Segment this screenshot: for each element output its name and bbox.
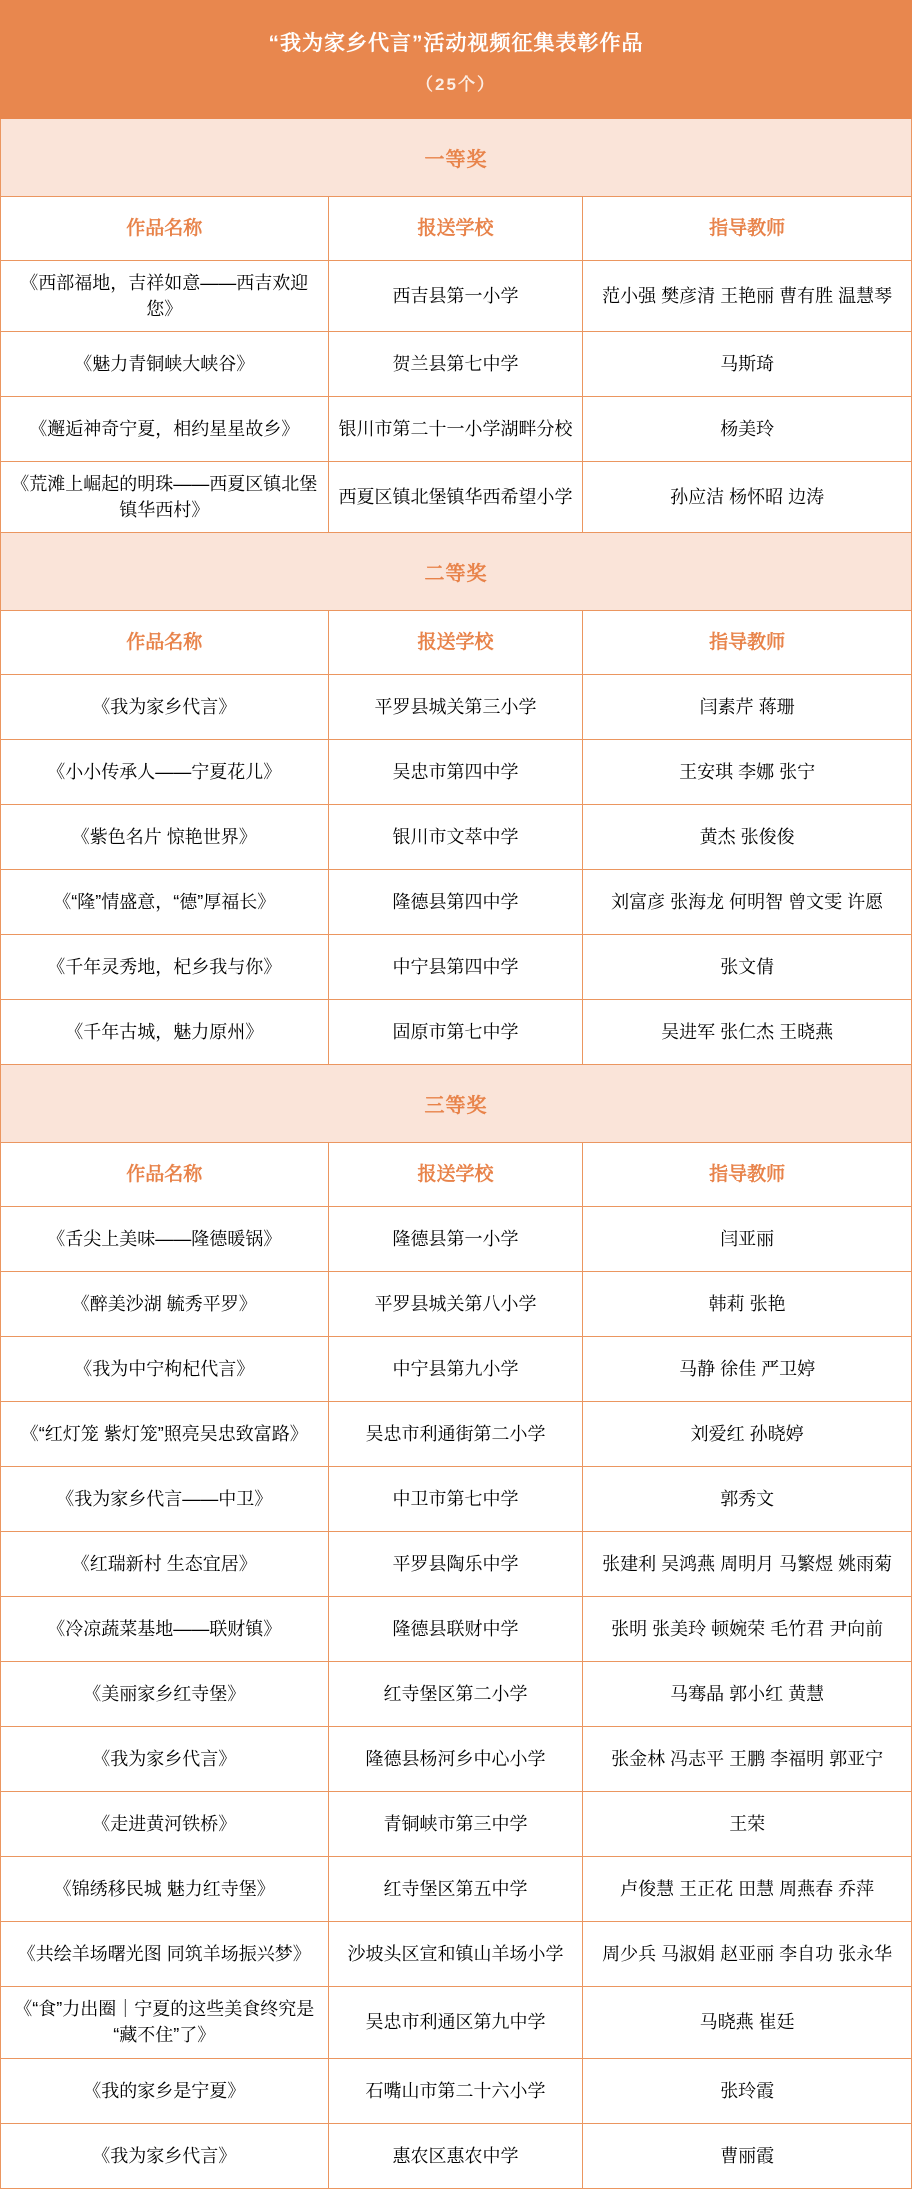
work-title-cell: 《我为家乡代言》 (1, 2124, 329, 2189)
school-cell: 中卫市第七中学 (329, 1467, 584, 1532)
teachers-cell: 卢俊慧 王正花 田慧 周燕春 乔萍 (583, 1857, 911, 1922)
table-row: 《千年灵秀地，杞乡我与你》中宁县第四中学张文倩 (1, 935, 911, 1000)
column-header: 作品名称 (1, 1143, 329, 1207)
table-row: 《锦绣移民城 魅力红寺堡》红寺堡区第五中学卢俊慧 王正花 田慧 周燕春 乔萍 (1, 1857, 911, 1922)
school-cell: 西夏区镇北堡镇华西希望小学 (329, 462, 584, 533)
school-cell: 吴忠市利通街第二小学 (329, 1402, 584, 1467)
work-title-cell: 《舌尖上美味——隆德暖锅》 (1, 1207, 329, 1272)
teachers-cell: 闫素芹 蒋珊 (583, 675, 911, 740)
teachers-cell: 王荣 (583, 1792, 911, 1857)
table-row: 《小小传承人——宁夏花儿》吴忠市第四中学王安琪 李娜 张宁 (1, 740, 911, 805)
teachers-cell: 马静 徐佳 严卫婷 (583, 1337, 911, 1402)
table-row: 《紫色名片 惊艳世界》银川市文萃中学黄杰 张俊俊 (1, 805, 911, 870)
teachers-cell: 张玲霞 (583, 2059, 911, 2124)
section-title: 二等奖 (425, 557, 488, 586)
work-title-cell: 《小小传承人——宁夏花儿》 (1, 740, 329, 805)
section-title: 一等奖 (425, 143, 488, 172)
work-title-cell: 《荒滩上崛起的明珠——西夏区镇北堡镇华西村》 (1, 462, 329, 533)
table-row: 《醉美沙湖 毓秀平罗》平罗县城关第八小学韩莉 张艳 (1, 1272, 911, 1337)
work-title-cell: 《邂逅神奇宁夏，相约星星故乡》 (1, 397, 329, 462)
teachers-cell: 马骞晶 郭小红 黄慧 (583, 1662, 911, 1727)
school-cell: 吴忠市利通区第九中学 (329, 1987, 584, 2058)
table-row: 《我为家乡代言》惠农区惠农中学曹丽霞 (1, 2124, 911, 2189)
table-row: 《美丽家乡红寺堡》红寺堡区第二小学马骞晶 郭小红 黄慧 (1, 1662, 911, 1727)
teachers-cell: 张文倩 (583, 935, 911, 1000)
school-cell: 隆德县第四中学 (329, 870, 584, 935)
work-title-cell: 《我为中宁枸杞代言》 (1, 1337, 329, 1402)
table-row: 《我为家乡代言》隆德县杨河乡中心小学张金林 冯志平 王鹏 李福明 郭亚宁 (1, 1727, 911, 1792)
table-row: 《走进黄河铁桥》青铜峡市第三中学王荣 (1, 1792, 911, 1857)
teachers-cell: 张明 张美玲 顿婉荣 毛竹君 尹向前 (583, 1597, 911, 1662)
work-title-cell: 《锦绣移民城 魅力红寺堡》 (1, 1857, 329, 1922)
school-cell: 平罗县城关第八小学 (329, 1272, 584, 1337)
teachers-cell: 黄杰 张俊俊 (583, 805, 911, 870)
teachers-cell: 杨美玲 (583, 397, 911, 462)
school-cell: 中宁县第四中学 (329, 935, 584, 1000)
column-header-row: 作品名称报送学校指导教师 (1, 197, 911, 261)
teachers-cell: 郭秀文 (583, 1467, 911, 1532)
teachers-cell: 韩莉 张艳 (583, 1272, 911, 1337)
school-cell: 隆德县杨河乡中心小学 (329, 1727, 584, 1792)
teachers-cell: 张建利 吴鸿燕 周明月 马繁煜 姚雨菊 (583, 1532, 911, 1597)
work-title-cell: 《我的家乡是宁夏》 (1, 2059, 329, 2124)
page-header: “我为家乡代言”活动视频征集表彰作品 （25个） (0, 0, 912, 119)
teachers-cell: 马斯琦 (583, 332, 911, 397)
teachers-cell: 刘富彦 张海龙 何明智 曾文雯 许愿 (583, 870, 911, 935)
school-cell: 青铜峡市第三中学 (329, 1792, 584, 1857)
school-cell: 隆德县第一小学 (329, 1207, 584, 1272)
table-row: 《舌尖上美味——隆德暖锅》隆德县第一小学闫亚丽 (1, 1207, 911, 1272)
school-cell: 红寺堡区第五中学 (329, 1857, 584, 1922)
table-row: 《邂逅神奇宁夏，相约星星故乡》银川市第二十一小学湖畔分校杨美玲 (1, 397, 911, 462)
page-subtitle: （25个） (12, 70, 900, 95)
table-row: 《荒滩上崛起的明珠——西夏区镇北堡镇华西村》西夏区镇北堡镇华西希望小学孙应洁 杨… (1, 462, 911, 533)
table-row: 《“食”力出圈｜宁夏的这些美食终究是“藏不住”了》吴忠市利通区第九中学马晓燕 崔… (1, 1987, 911, 2058)
work-title-cell: 《美丽家乡红寺堡》 (1, 1662, 329, 1727)
section-title-band: 一等奖 (1, 119, 911, 197)
school-cell: 西吉县第一小学 (329, 261, 584, 332)
table-row: 《千年古城，魅力原州》固原市第七中学吴进军 张仁杰 王晓燕 (1, 1000, 911, 1065)
column-header: 作品名称 (1, 197, 329, 261)
page: “我为家乡代言”活动视频征集表彰作品 （25个） 一等奖作品名称报送学校指导教师… (0, 0, 912, 2189)
work-title-cell: 《共绘羊场曙光图 同筑羊场振兴梦》 (1, 1922, 329, 1987)
school-cell: 沙坡头区宣和镇山羊场小学 (329, 1922, 584, 1987)
school-cell: 吴忠市第四中学 (329, 740, 584, 805)
work-title-cell: 《醉美沙湖 毓秀平罗》 (1, 1272, 329, 1337)
table-row: 《“隆”情盛意，“德”厚福长》隆德县第四中学刘富彦 张海龙 何明智 曾文雯 许愿 (1, 870, 911, 935)
section-title: 三等奖 (425, 1089, 488, 1118)
table-row: 《冷凉蔬菜基地——联财镇》隆德县联财中学张明 张美玲 顿婉荣 毛竹君 尹向前 (1, 1597, 911, 1662)
work-title-cell: 《我为家乡代言》 (1, 675, 329, 740)
work-title-cell: 《红瑞新村 生态宜居》 (1, 1532, 329, 1597)
work-title-cell: 《我为家乡代言》 (1, 1727, 329, 1792)
school-cell: 石嘴山市第二十六小学 (329, 2059, 584, 2124)
column-header-row: 作品名称报送学校指导教师 (1, 1143, 911, 1207)
school-cell: 隆德县联财中学 (329, 1597, 584, 1662)
school-cell: 贺兰县第七中学 (329, 332, 584, 397)
school-cell: 银川市文萃中学 (329, 805, 584, 870)
work-title-cell: 《紫色名片 惊艳世界》 (1, 805, 329, 870)
table-row: 《我的家乡是宁夏》石嘴山市第二十六小学张玲霞 (1, 2059, 911, 2124)
teachers-cell: 王安琪 李娜 张宁 (583, 740, 911, 805)
work-title-cell: 《冷凉蔬菜基地——联财镇》 (1, 1597, 329, 1662)
table-row: 《魅力青铜峡大峡谷》贺兰县第七中学马斯琦 (1, 332, 911, 397)
work-title-cell: 《“红灯笼 紫灯笼”照亮吴忠致富路》 (1, 1402, 329, 1467)
table-row: 《我为家乡代言》平罗县城关第三小学闫素芹 蒋珊 (1, 675, 911, 740)
school-cell: 固原市第七中学 (329, 1000, 584, 1065)
page-title: “我为家乡代言”活动视频征集表彰作品 (12, 27, 900, 57)
column-header: 报送学校 (329, 1143, 584, 1207)
school-cell: 平罗县陶乐中学 (329, 1532, 584, 1597)
column-header: 指导教师 (583, 197, 911, 261)
teachers-cell: 周少兵 马淑娟 赵亚丽 李自功 张永华 (583, 1922, 911, 1987)
column-header: 指导教师 (583, 611, 911, 675)
teachers-cell: 马晓燕 崔廷 (583, 1987, 911, 2058)
school-cell: 平罗县城关第三小学 (329, 675, 584, 740)
section-title-band: 三等奖 (1, 1065, 911, 1143)
section-title-band: 二等奖 (1, 533, 911, 611)
table-row: 《我为家乡代言——中卫》中卫市第七中学郭秀文 (1, 1467, 911, 1532)
work-title-cell: 《千年古城，魅力原州》 (1, 1000, 329, 1065)
teachers-cell: 吴进军 张仁杰 王晓燕 (583, 1000, 911, 1065)
work-title-cell: 《走进黄河铁桥》 (1, 1792, 329, 1857)
work-title-cell: 《魅力青铜峡大峡谷》 (1, 332, 329, 397)
awards-table: 一等奖作品名称报送学校指导教师《西部福地，吉祥如意——西吉欢迎您》西吉县第一小学… (0, 119, 912, 2189)
column-header: 指导教师 (583, 1143, 911, 1207)
school-cell: 中宁县第九小学 (329, 1337, 584, 1402)
teachers-cell: 曹丽霞 (583, 2124, 911, 2189)
school-cell: 银川市第二十一小学湖畔分校 (329, 397, 584, 462)
work-title-cell: 《千年灵秀地，杞乡我与你》 (1, 935, 329, 1000)
table-row: 《“红灯笼 紫灯笼”照亮吴忠致富路》吴忠市利通街第二小学刘爱红 孙晓婷 (1, 1402, 911, 1467)
column-header-row: 作品名称报送学校指导教师 (1, 611, 911, 675)
table-row: 《红瑞新村 生态宜居》平罗县陶乐中学张建利 吴鸿燕 周明月 马繁煜 姚雨菊 (1, 1532, 911, 1597)
teachers-cell: 闫亚丽 (583, 1207, 911, 1272)
teachers-cell: 范小强 樊彦清 王艳丽 曹有胜 温慧琴 (583, 261, 911, 332)
teachers-cell: 刘爱红 孙晓婷 (583, 1402, 911, 1467)
work-title-cell: 《我为家乡代言——中卫》 (1, 1467, 329, 1532)
column-header: 报送学校 (329, 197, 584, 261)
work-title-cell: 《“食”力出圈｜宁夏的这些美食终究是“藏不住”了》 (1, 1987, 329, 2058)
teachers-cell: 孙应洁 杨怀昭 边涛 (583, 462, 911, 533)
table-row: 《共绘羊场曙光图 同筑羊场振兴梦》沙坡头区宣和镇山羊场小学周少兵 马淑娟 赵亚丽… (1, 1922, 911, 1987)
work-title-cell: 《西部福地，吉祥如意——西吉欢迎您》 (1, 261, 329, 332)
school-cell: 红寺堡区第二小学 (329, 1662, 584, 1727)
column-header: 报送学校 (329, 611, 584, 675)
table-row: 《西部福地，吉祥如意——西吉欢迎您》西吉县第一小学范小强 樊彦清 王艳丽 曹有胜… (1, 261, 911, 332)
table-row: 《我为中宁枸杞代言》中宁县第九小学马静 徐佳 严卫婷 (1, 1337, 911, 1402)
school-cell: 惠农区惠农中学 (329, 2124, 584, 2189)
teachers-cell: 张金林 冯志平 王鹏 李福明 郭亚宁 (583, 1727, 911, 1792)
column-header: 作品名称 (1, 611, 329, 675)
work-title-cell: 《“隆”情盛意，“德”厚福长》 (1, 870, 329, 935)
